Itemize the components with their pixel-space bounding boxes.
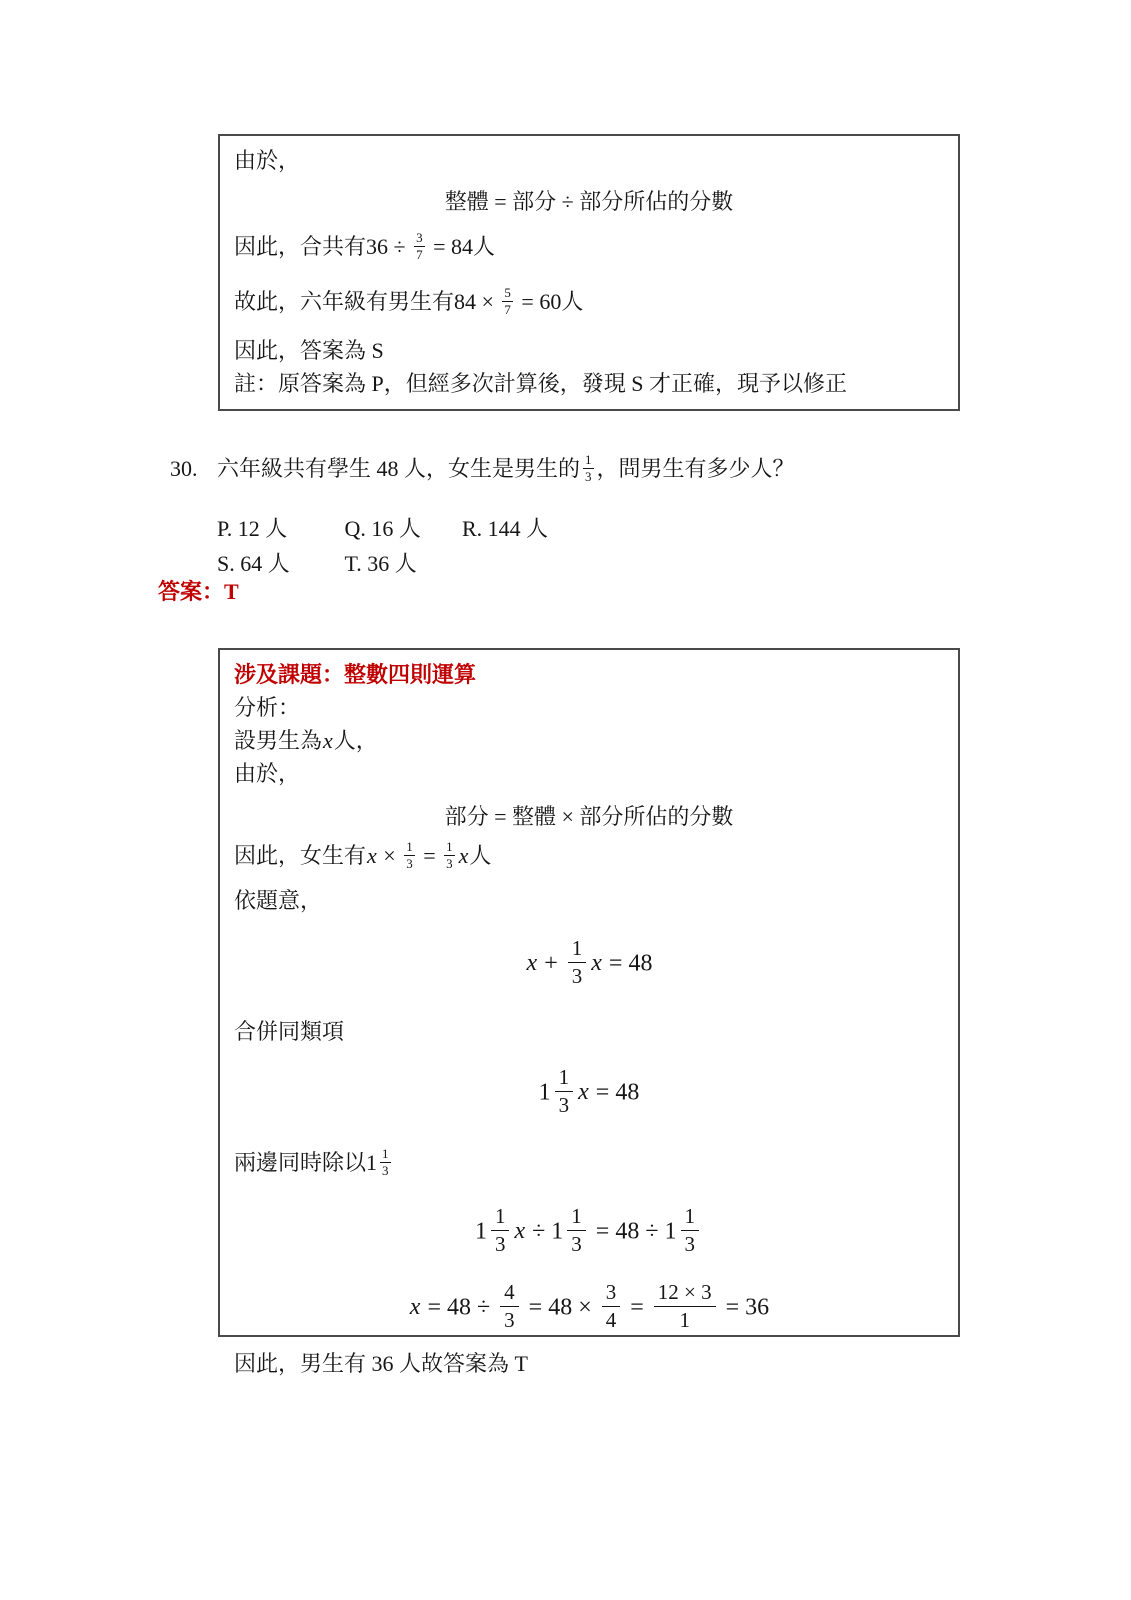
- answer-label: 答案：: [158, 579, 224, 604]
- math-variable: x: [409, 1294, 422, 1320]
- document-page: 由於， 整體 = 部分 ÷ 部分所佔的分數 因此，合共有36 ÷ 37 = 84…: [0, 0, 1131, 1600]
- formula-part-from-whole: 部分 = 整體 × 部分所佔的分數: [234, 800, 944, 833]
- fraction: 13: [491, 1205, 510, 1257]
- formula-whole-from-part: 整體 = 部分 ÷ 部分所佔的分數: [234, 185, 944, 218]
- fraction: 13: [555, 1066, 574, 1118]
- fraction: 37: [414, 231, 425, 263]
- equation-divide: 113x ÷ 113 = 48 ÷ 113: [234, 1207, 944, 1259]
- question-text: 六年級共有學生 48 人，女生是男生的13，問男生有多少人？: [217, 452, 970, 487]
- combine-like-terms: 合併同類項: [234, 1015, 944, 1048]
- fraction: 34: [602, 1281, 621, 1333]
- solution-line-answer-s: 因此，答案為 S: [234, 334, 944, 367]
- divide-both-sides: 兩邊同時除以113: [234, 1146, 944, 1181]
- solution-box-previous-question: 由於， 整體 = 部分 ÷ 部分所佔的分數 因此，合共有36 ÷ 37 = 84…: [218, 134, 960, 411]
- analysis-label: 分析：: [234, 691, 944, 724]
- solution-line-boys-calc: 故此，六年級有男生有84 × 57 = 60人: [234, 285, 944, 320]
- fraction: 57: [502, 286, 513, 318]
- fraction: 13: [583, 453, 594, 485]
- conclusion-line: 因此，男生有 36 人故答案為 T: [234, 1347, 944, 1380]
- fraction: 13: [444, 840, 455, 872]
- fraction: 43: [500, 1281, 519, 1333]
- answer-value: T: [224, 579, 239, 604]
- girls-expression-line: 因此，女生有x × 13 = 13x人: [234, 839, 944, 874]
- solution-line-correction-note: 註：原答案為 P，但經多次計算後，發現 S 才正確，現予以修正: [234, 367, 944, 400]
- question-number: 30.: [170, 452, 217, 487]
- options-row-2: S. 64 人 T. 36 人: [217, 549, 457, 580]
- fraction: 13: [404, 840, 415, 872]
- equation-sum: x + 13x = 48: [234, 939, 944, 991]
- math-variable: x: [322, 728, 334, 753]
- solution-box-question-30: 涉及課題：整數四則運算 分析： 設男生為x人， 由於， 部分 = 整體 × 部分…: [218, 648, 960, 1337]
- fraction: 13: [567, 1205, 586, 1257]
- option-p: P. 12 人: [217, 514, 339, 545]
- fraction: 13: [380, 1147, 391, 1179]
- option-t: T. 36 人: [345, 549, 457, 580]
- equation-combined: 113x = 48: [234, 1068, 944, 1120]
- since-line: 由於，: [234, 757, 944, 790]
- fraction: 13: [568, 937, 587, 989]
- math-variable: x: [513, 1218, 526, 1244]
- fraction: 12 × 31: [654, 1281, 716, 1333]
- equation-solve-x: x = 48 ÷ 43 = 48 × 34 = 12 × 31 = 36: [234, 1283, 944, 1335]
- option-q: Q. 16 人: [345, 514, 457, 545]
- math-variable: x: [577, 1079, 590, 1105]
- solution-line-total-calc: 因此，合共有36 ÷ 37 = 84人: [234, 230, 944, 265]
- question-30: 30. 六年級共有學生 48 人，女生是男生的13，問男生有多少人？: [170, 452, 970, 487]
- option-s: S. 64 人: [217, 549, 339, 580]
- math-variable: x: [526, 950, 539, 976]
- let-boys-be-x: 設男生為x人，: [234, 724, 944, 757]
- answer-line: 答案：T: [158, 577, 239, 608]
- math-variable: x: [366, 843, 378, 868]
- options-row-1: P. 12 人 Q. 16 人 R. 144 人: [217, 514, 548, 545]
- option-r: R. 144 人: [462, 514, 548, 545]
- topic-title: 涉及課題：整數四則運算: [234, 658, 944, 691]
- solution-line-since: 由於，: [234, 144, 944, 177]
- according-to-question: 依題意，: [234, 884, 944, 917]
- math-variable: x: [458, 843, 470, 868]
- math-variable: x: [590, 950, 603, 976]
- fraction: 13: [681, 1205, 700, 1257]
